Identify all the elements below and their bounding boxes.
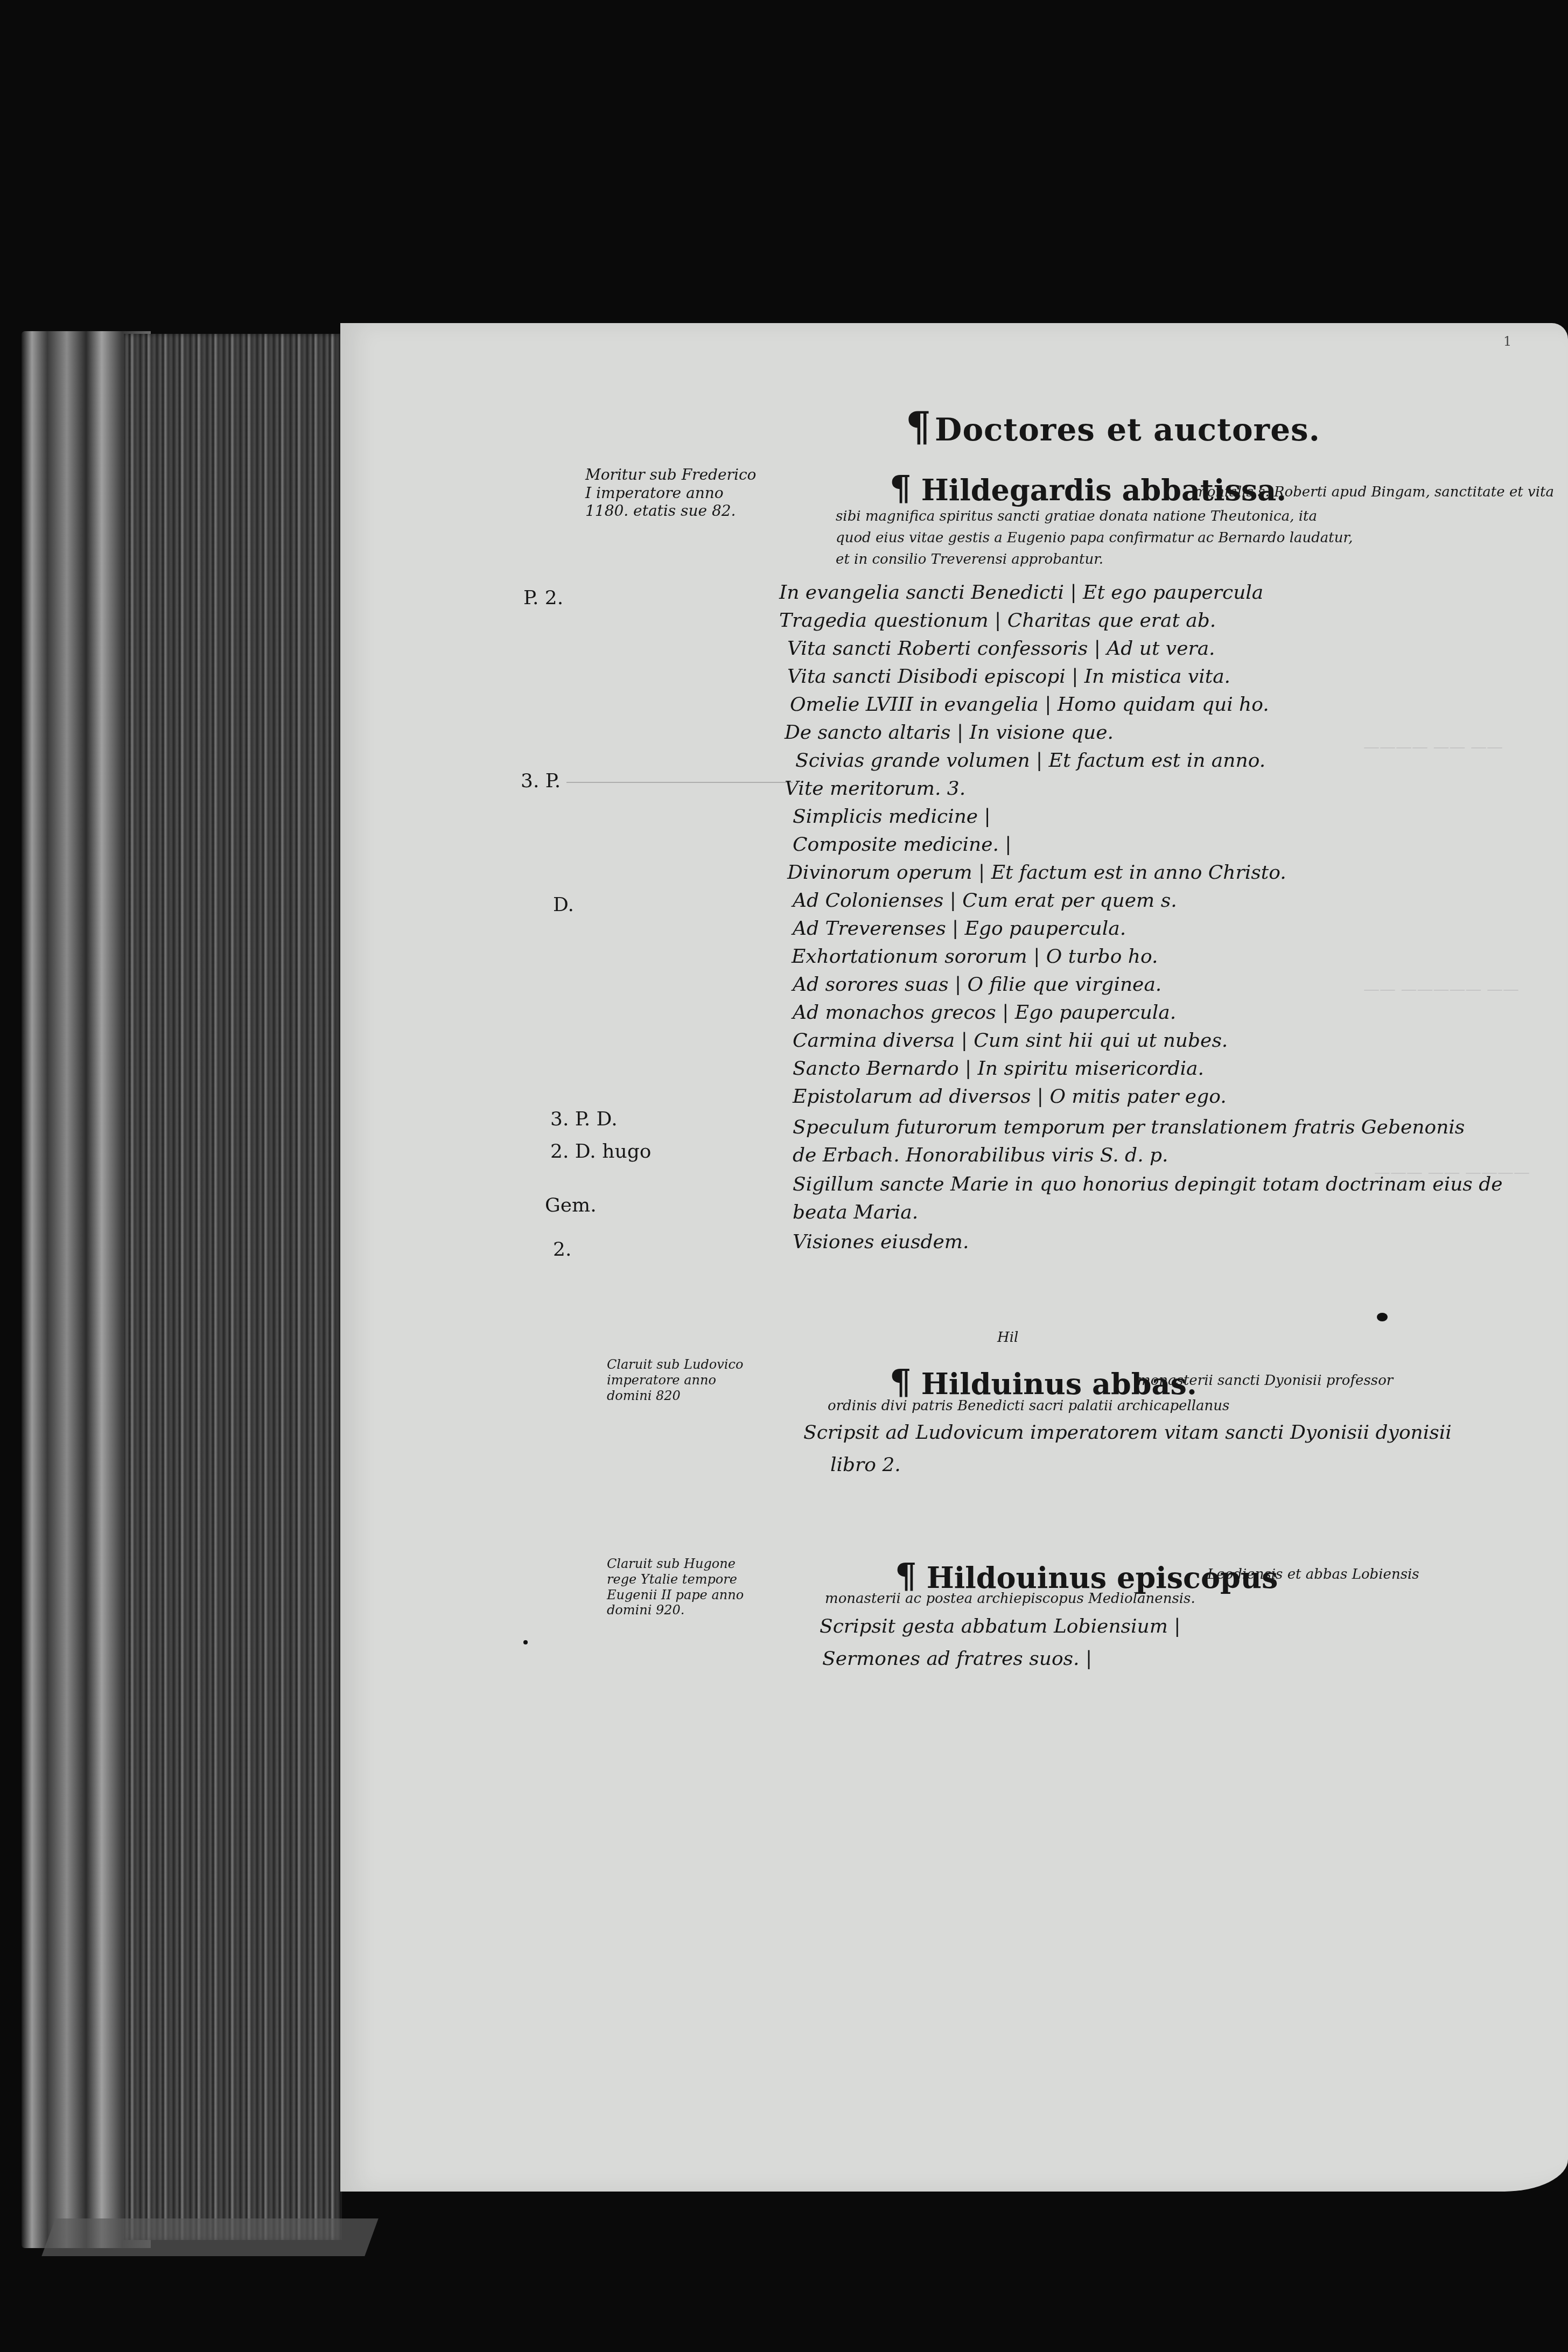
work-line: Sancto Bernardo | In spiritu misericordi…	[793, 1058, 1204, 1080]
work-line: Tragedia questionum | Charitas que erat …	[779, 610, 1216, 632]
work-line: Carmina diversa | Cum sint hii qui ut nu…	[793, 1030, 1228, 1052]
intro-line: sibi magnifica spiritus sancti gratiae d…	[836, 509, 1317, 525]
siglum: 3. P. D.	[550, 1108, 618, 1130]
work-line: Vita sancti Roberti confessoris | Ad ut …	[787, 638, 1215, 660]
paraph-icon: ¶	[890, 1362, 912, 1403]
work-line: In evangelia sancti Benedicti | Et ego p…	[779, 582, 1263, 604]
intro-line: et in consilio Treverensi approbantur.	[836, 552, 1103, 568]
margin-note-hildegardis: Moritur sub Frederico I imperatore anno …	[585, 466, 758, 520]
page-title-text: Doctores et auctores.	[935, 411, 1320, 448]
ink-dot	[1377, 1313, 1388, 1321]
ink-dot	[523, 1640, 528, 1644]
siglum: Gem.	[545, 1194, 597, 1216]
work-line: Scivias grande volumen | Et factum est i…	[795, 750, 1265, 772]
siglum: 2.	[553, 1238, 571, 1261]
paraph-icon: ¶	[890, 468, 912, 509]
work-line: Omelie LVIII in evangelia | Homo quidam …	[790, 694, 1269, 716]
work-line: Exhortationum sororum | O turbo ho.	[792, 946, 1158, 968]
page-bottom-shadow	[41, 2218, 378, 2256]
work-line: Speculum futurorum temporum per translat…	[793, 1114, 1482, 1170]
pilcrow-icon: ¶	[906, 404, 932, 450]
siglum: P. 2.	[523, 587, 563, 609]
work-line: Vite meritorum. 3.	[785, 778, 965, 800]
intro-line: quod eius vitae gestis a Eugenio papa co…	[836, 530, 1353, 547]
work-line: Epistolarum ad diversos | O mitis pater …	[793, 1086, 1227, 1108]
manuscript-page: 1 ———— —— —— —— ————— —— ——— —— ———— ¶Do…	[340, 323, 1568, 2192]
siglum: D.	[553, 894, 574, 916]
work-line: Ad sorores suas | O filie que virginea.	[793, 974, 1161, 996]
margin-note-hilduinus: Claruit sub Ludovico imperatore anno dom…	[607, 1357, 747, 1403]
bleed-through-text: —— ————— ——	[1363, 980, 1519, 999]
work-line: Ad Treverenses | Ego paupercula.	[793, 918, 1126, 940]
work-line: Simplicis medicine |	[793, 806, 991, 828]
margin-note-hildouinus: Claruit sub Hugone rege Ytalie tempore E…	[607, 1556, 747, 1618]
intro-line: monasterii ac postea archiepiscopus Medi…	[825, 1591, 1195, 1607]
work-line: Vita sancti Disibodi episcopi | In misti…	[787, 666, 1230, 688]
work-line: Composite medicine. |	[793, 834, 1011, 856]
work-line: Visiones eiusdem.	[793, 1231, 969, 1253]
intro-line: monasterii sancti Dyonisii professor	[1137, 1373, 1393, 1389]
work-line: Sermones ad fratres suos. |	[822, 1648, 1092, 1670]
siglum: 3. P.	[521, 770, 561, 792]
superscript-correction: Hil	[997, 1330, 1018, 1346]
work-line: libro 2.	[830, 1454, 901, 1476]
guide-rule	[566, 782, 793, 783]
work-line: Sigillum sancte Marie in quo honorius de…	[793, 1171, 1503, 1227]
intro-line: ordinis divi patris Benedicti sacri pala…	[828, 1398, 1229, 1415]
siglum: 2. D. hugo	[550, 1140, 651, 1163]
work-line: De sancto altaris | In visione que.	[785, 722, 1114, 744]
book-fore-edge	[124, 334, 342, 2240]
work-line: Divinorum operum | Et factum est in anno…	[787, 862, 1286, 884]
work-line: Scripsit ad Ludovicum imperatorem vitam …	[803, 1422, 1452, 1444]
work-line: Scripsit gesta abbatum Lobiensium |	[820, 1615, 1180, 1637]
page-title: ¶Doctores et auctores.	[906, 404, 1320, 450]
intro-line: Leodiensis et abbas Lobiensis	[1207, 1567, 1419, 1583]
bleed-through-text: ———— —— ——	[1363, 738, 1503, 757]
folio-mark: 1	[1503, 334, 1511, 349]
intro-line: monialis s. Roberti apud Bingam, sanctit…	[1194, 485, 1554, 501]
work-line: Ad monachos grecos | Ego paupercula.	[793, 1002, 1176, 1024]
work-line: Ad Colonienses | Cum erat per quem s.	[793, 890, 1177, 912]
